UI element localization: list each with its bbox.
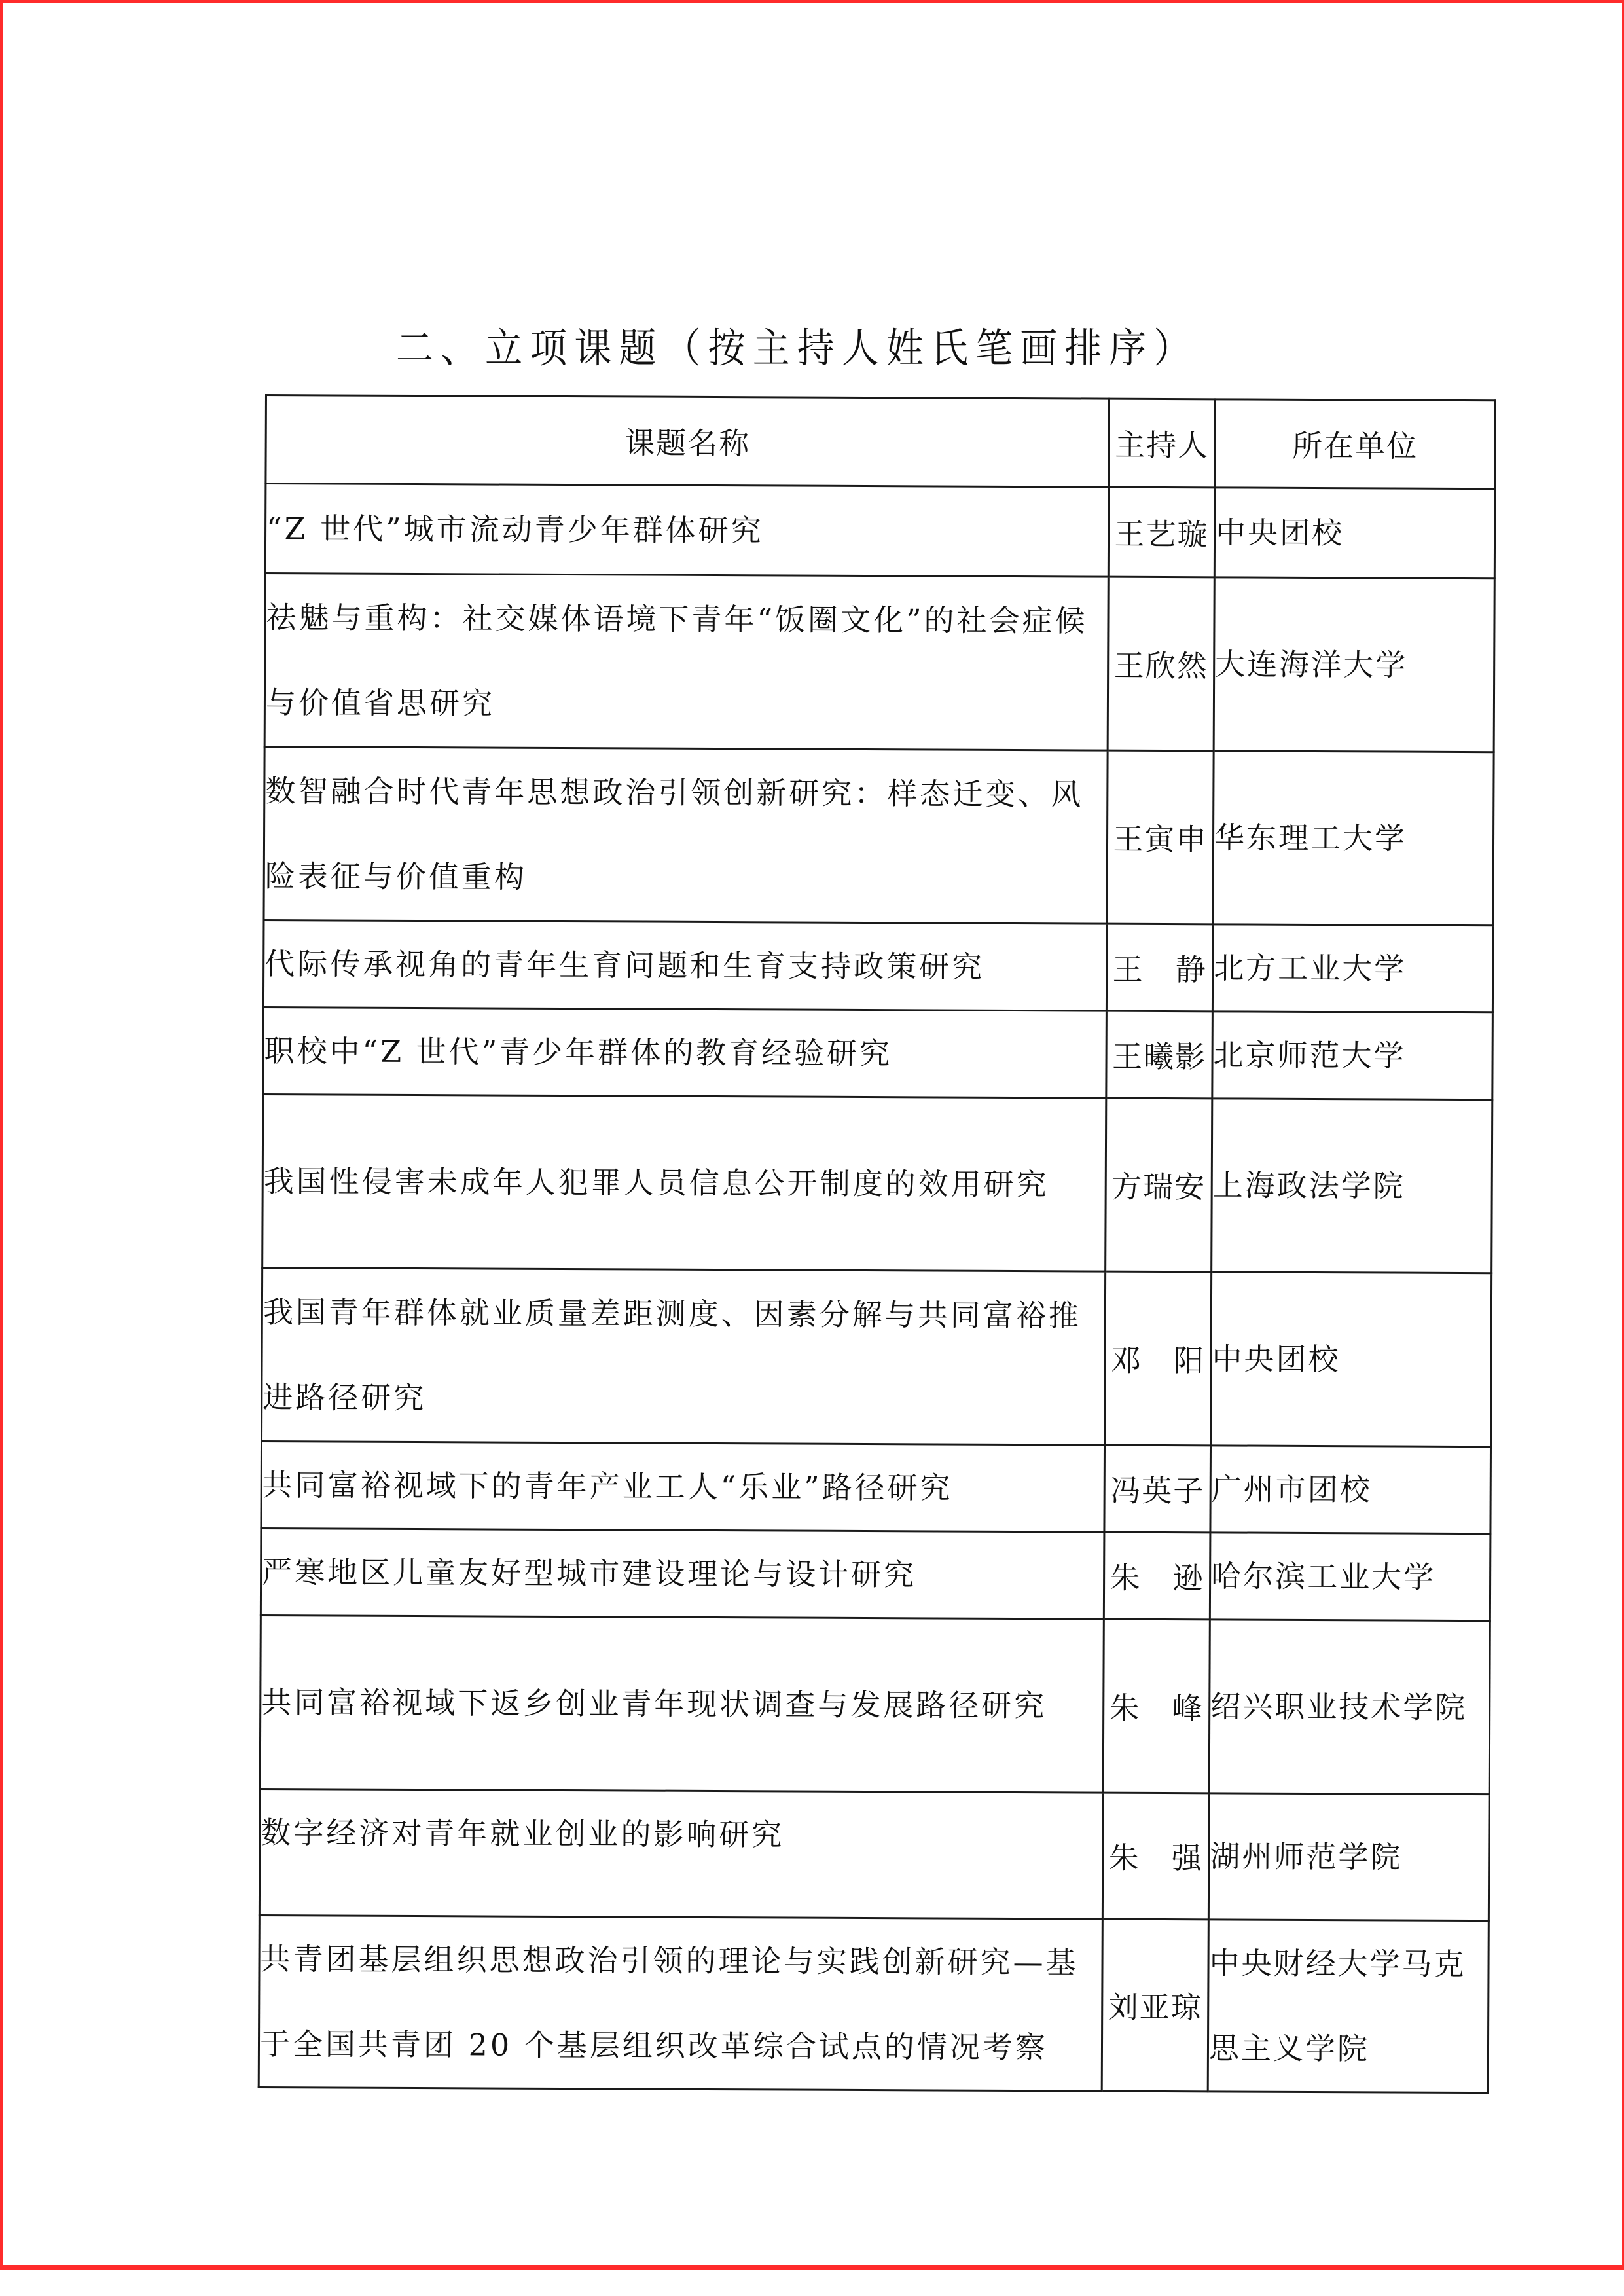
unit-cell: 华东理工大学 [1213, 751, 1494, 926]
topic-title-cell: 严寒地区儿童友好型城市建设理论与设计研究 [261, 1528, 1104, 1619]
table-header-row: 课题名称 主持人 所在单位 [266, 395, 1496, 489]
host-cell: 朱 强 [1102, 1793, 1209, 1920]
topic-title-cell: 数字经济对青年就业创业的影响研究 [259, 1789, 1103, 1919]
topic-title-cell: “Z 世代”城市流动青少年群体研究 [265, 484, 1109, 577]
unit-cell: 北方工业大学 [1212, 924, 1493, 1013]
unit-cell: 哈尔滨工业大学 [1210, 1533, 1490, 1621]
unit-cell: 中央团校 [1214, 488, 1495, 579]
host-cell: 冯英子 [1104, 1445, 1211, 1533]
topic-title-cell: 我国青年群体就业质量差距测度、因素分解与共同富裕推进路径研究 [262, 1267, 1106, 1445]
host-cell: 王艺璇 [1108, 487, 1215, 577]
table-row: 数字经济对青年就业创业的影响研究 朱 强 湖州师范学院 [259, 1789, 1489, 1920]
column-header-host: 主持人 [1109, 399, 1216, 488]
column-header-title: 课题名称 [266, 395, 1110, 488]
unit-cell: 湖州师范学院 [1208, 1793, 1489, 1921]
table-row: 我国性侵害未成年人犯罪人员信息公开制度的效用研究 方瑞安 上海政法学院 [262, 1094, 1492, 1273]
host-cell: 王 静 [1106, 924, 1213, 1011]
table-row: 数智融合时代青年思想政治引领创新研究：样态迁变、风险表征与价值重构 王寅申 华东… [264, 747, 1494, 926]
unit-cell: 北京师范大学 [1212, 1011, 1493, 1100]
column-header-unit: 所在单位 [1215, 399, 1496, 489]
topic-title-cell: 数智融合时代青年思想政治引领创新研究：样态迁变、风险表征与价值重构 [264, 747, 1108, 924]
table-row: 共同富裕视域下返乡创业青年现状调查与发展路径研究 朱 峰 绍兴职业技术学院 [260, 1615, 1490, 1794]
topic-title-cell: 共同富裕视域下返乡创业青年现状调查与发展路径研究 [260, 1615, 1104, 1793]
table-row: 严寒地区儿童友好型城市建设理论与设计研究 朱 逊 哈尔滨工业大学 [261, 1528, 1490, 1620]
table-row: 祛魅与重构：社交媒体语境下青年“饭圈文化”的社会症候与价值省思研究 王欣然 大连… [264, 574, 1494, 752]
host-cell: 王欣然 [1108, 577, 1214, 751]
topic-title-cell: 我国性侵害未成年人犯罪人员信息公开制度的效用研究 [262, 1094, 1106, 1271]
topic-title-cell: 职校中“Z 世代”青少年群体的教育经验研究 [263, 1007, 1107, 1098]
unit-cell: 大连海洋大学 [1214, 577, 1494, 752]
host-cell: 方瑞安 [1106, 1098, 1212, 1272]
table-row: 代际传承视角的青年生育问题和生育支持政策研究 王 静 北方工业大学 [263, 920, 1493, 1012]
unit-cell: 绍兴职业技术学院 [1209, 1620, 1490, 1795]
host-cell: 邓 阳 [1105, 1271, 1212, 1446]
unit-cell: 中央团校 [1211, 1272, 1492, 1447]
host-cell: 朱 逊 [1104, 1532, 1210, 1620]
host-cell: 朱 峰 [1103, 1619, 1210, 1793]
table-row: 我国青年群体就业质量差距测度、因素分解与共同富裕推进路径研究 邓 阳 中央团校 [262, 1267, 1492, 1446]
table-row: 共青团基层组织思想政治引领的理论与实践创新研究—基于全国共青团 20 个基层组织… [259, 1915, 1489, 2092]
topic-title-cell: 共同富裕视域下的青年产业工人“乐业”路径研究 [261, 1441, 1105, 1532]
topic-title-cell: 祛魅与重构：社交媒体语境下青年“饭圈文化”的社会症候与价值省思研究 [264, 574, 1108, 751]
table-row: 共同富裕视域下的青年产业工人“乐业”路径研究 冯英子 广州市团校 [261, 1441, 1491, 1533]
unit-cell: 广州市团校 [1210, 1446, 1491, 1534]
host-cell: 王曦影 [1106, 1011, 1213, 1099]
topic-title-cell: 共青团基层组织思想政治引领的理论与实践创新研究—基于全国共青团 20 个基层组织… [259, 1915, 1102, 2091]
table-row: “Z 世代”城市流动青少年群体研究 王艺璇 中央团校 [265, 484, 1495, 579]
unit-cell: 上海政法学院 [1212, 1099, 1492, 1273]
table-row: 职校中“Z 世代”青少年群体的教育经验研究 王曦影 北京师范大学 [263, 1007, 1493, 1099]
unit-cell: 中央财经大学马克思主义学院 [1208, 1920, 1489, 2093]
page-title: 二、立项课题（按主持人姓氏笔画排序） [396, 316, 1198, 374]
topics-table: 课题名称 主持人 所在单位 “Z 世代”城市流动青少年群体研究 王艺璇 中央团校… [258, 394, 1496, 2094]
host-cell: 刘亚琼 [1102, 1919, 1208, 2092]
topic-title-cell: 代际传承视角的青年生育问题和生育支持政策研究 [263, 920, 1107, 1011]
host-cell: 王寅申 [1107, 750, 1214, 924]
topics-table-wrapper: 课题名称 主持人 所在单位 “Z 世代”城市流动青少年群体研究 王艺璇 中央团校… [258, 394, 1494, 2094]
